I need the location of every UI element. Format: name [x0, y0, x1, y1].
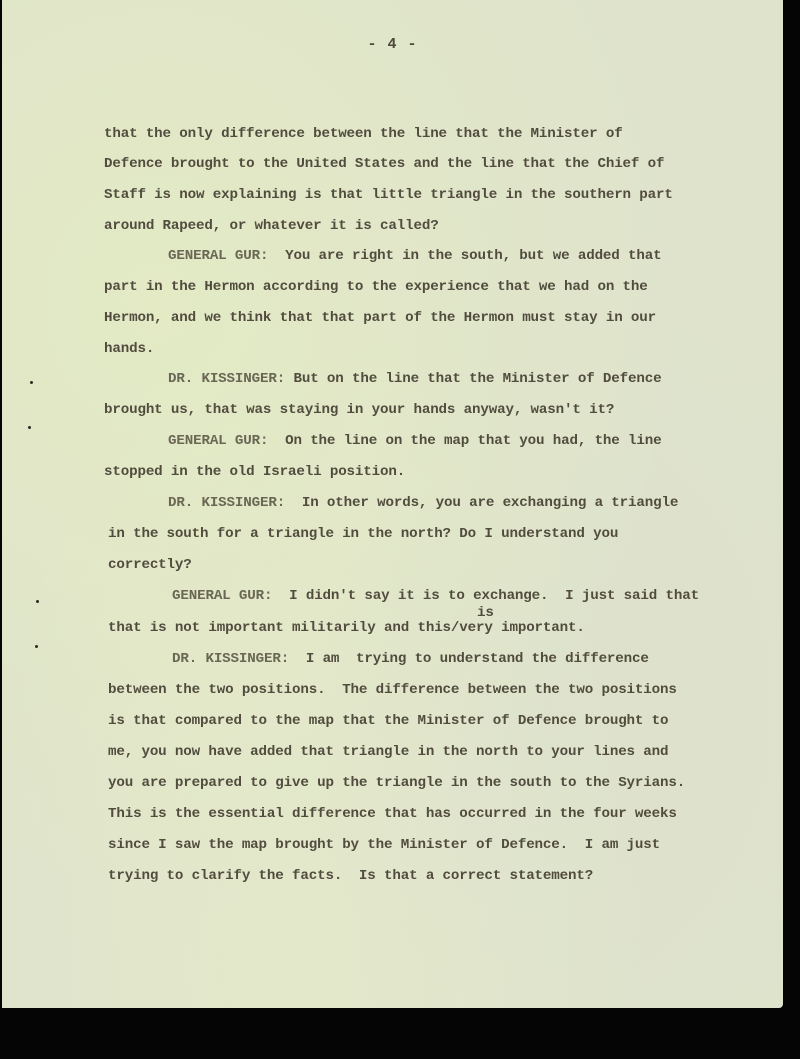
- line-text: In other words, you are exchanging a tri…: [285, 495, 678, 511]
- line-text: around Rapeed, or whatever it is called?: [104, 218, 439, 234]
- text-line: in the south for a triangle in the north…: [108, 526, 618, 542]
- line-text: that is not important militarily and thi…: [108, 620, 585, 636]
- line-text: I didn't say it is to exchange. I just s…: [272, 588, 699, 604]
- speaker-label: GENERAL GUR:: [168, 248, 268, 264]
- text-line: brought us, that was staying in your han…: [104, 402, 614, 418]
- speaker-label: GENERAL GUR:: [172, 588, 272, 604]
- text-line: since I saw the map brought by the Minis…: [108, 837, 660, 853]
- line-text: since I saw the map brought by the Minis…: [108, 837, 660, 853]
- line-text: On the line on the map that you had, the…: [268, 433, 661, 449]
- line-text: brought us, that was staying in your han…: [104, 402, 614, 418]
- text-line: between the two positions. The differenc…: [108, 682, 677, 698]
- line-text: I am trying to understand the difference: [289, 651, 649, 667]
- interlinear-insertion: is: [477, 605, 494, 621]
- line-text: me, you now have added that triangle in …: [108, 744, 668, 760]
- line-text: You are right in the south, but we added…: [268, 248, 661, 264]
- text-line: Staff is now explaining is that little t…: [104, 187, 673, 203]
- text-line: GENERAL GUR: On the line on the map that…: [168, 433, 661, 449]
- line-text: correctly?: [108, 557, 192, 573]
- line-text: But on the line that the Minister of Def…: [285, 371, 661, 387]
- document-page: - 4 - that the only difference between t…: [2, 0, 783, 1008]
- text-line: DR. KISSINGER: I am trying to understand…: [172, 651, 649, 667]
- scan-speck: [35, 645, 38, 648]
- line-text: part in the Hermon according to the expe…: [104, 279, 648, 295]
- line-text: is that compared to the map that the Min…: [108, 713, 668, 729]
- speaker-label: DR. KISSINGER:: [168, 371, 285, 387]
- page-number: - 4 -: [2, 36, 783, 53]
- text-line: that the only difference between the lin…: [104, 126, 623, 142]
- text-line: This is the essential difference that ha…: [108, 806, 677, 822]
- text-line: trying to clarify the facts. Is that a c…: [108, 868, 593, 884]
- text-line: GENERAL GUR: I didn't say it is to excha…: [172, 588, 699, 604]
- speaker-label: DR. KISSINGER:: [172, 651, 289, 667]
- text-line: GENERAL GUR: You are right in the south,…: [168, 248, 661, 264]
- line-text: in the south for a triangle in the north…: [108, 526, 618, 542]
- line-text: between the two positions. The differenc…: [108, 682, 677, 698]
- line-text: stopped in the old Israeli position.: [104, 464, 405, 480]
- line-text: trying to clarify the facts. Is that a c…: [108, 868, 593, 884]
- speaker-label: DR. KISSINGER:: [168, 495, 285, 511]
- scan-speck: [28, 426, 31, 429]
- text-line: correctly?: [108, 557, 192, 573]
- line-text: hands.: [104, 341, 154, 357]
- text-line: DR. KISSINGER: In other words, you are e…: [168, 495, 678, 511]
- text-line: DR. KISSINGER: But on the line that the …: [168, 371, 662, 387]
- line-text: Hermon, and we think that that part of t…: [104, 310, 656, 326]
- line-text: Staff is now explaining is that little t…: [104, 187, 673, 203]
- text-line: hands.: [104, 341, 154, 357]
- text-line: stopped in the old Israeli position.: [104, 464, 405, 480]
- line-text: you are prepared to give up the triangle…: [108, 775, 685, 791]
- line-text: This is the essential difference that ha…: [108, 806, 677, 822]
- text-line: that is not important militarily and thi…: [108, 620, 585, 636]
- scan-speck: [30, 381, 33, 384]
- text-line: you are prepared to give up the triangle…: [108, 775, 685, 791]
- speaker-label: GENERAL GUR:: [168, 433, 268, 449]
- line-text: that the only difference between the lin…: [104, 126, 623, 142]
- text-line: part in the Hermon according to the expe…: [104, 279, 648, 295]
- scan-speck: [36, 600, 39, 603]
- line-text: Defence brought to the United States and…: [104, 156, 664, 172]
- text-line: Hermon, and we think that that part of t…: [104, 310, 656, 326]
- text-line: me, you now have added that triangle in …: [108, 744, 668, 760]
- text-line: is that compared to the map that the Min…: [108, 713, 668, 729]
- text-line: Defence brought to the United States and…: [104, 156, 664, 172]
- text-line: around Rapeed, or whatever it is called?: [104, 218, 439, 234]
